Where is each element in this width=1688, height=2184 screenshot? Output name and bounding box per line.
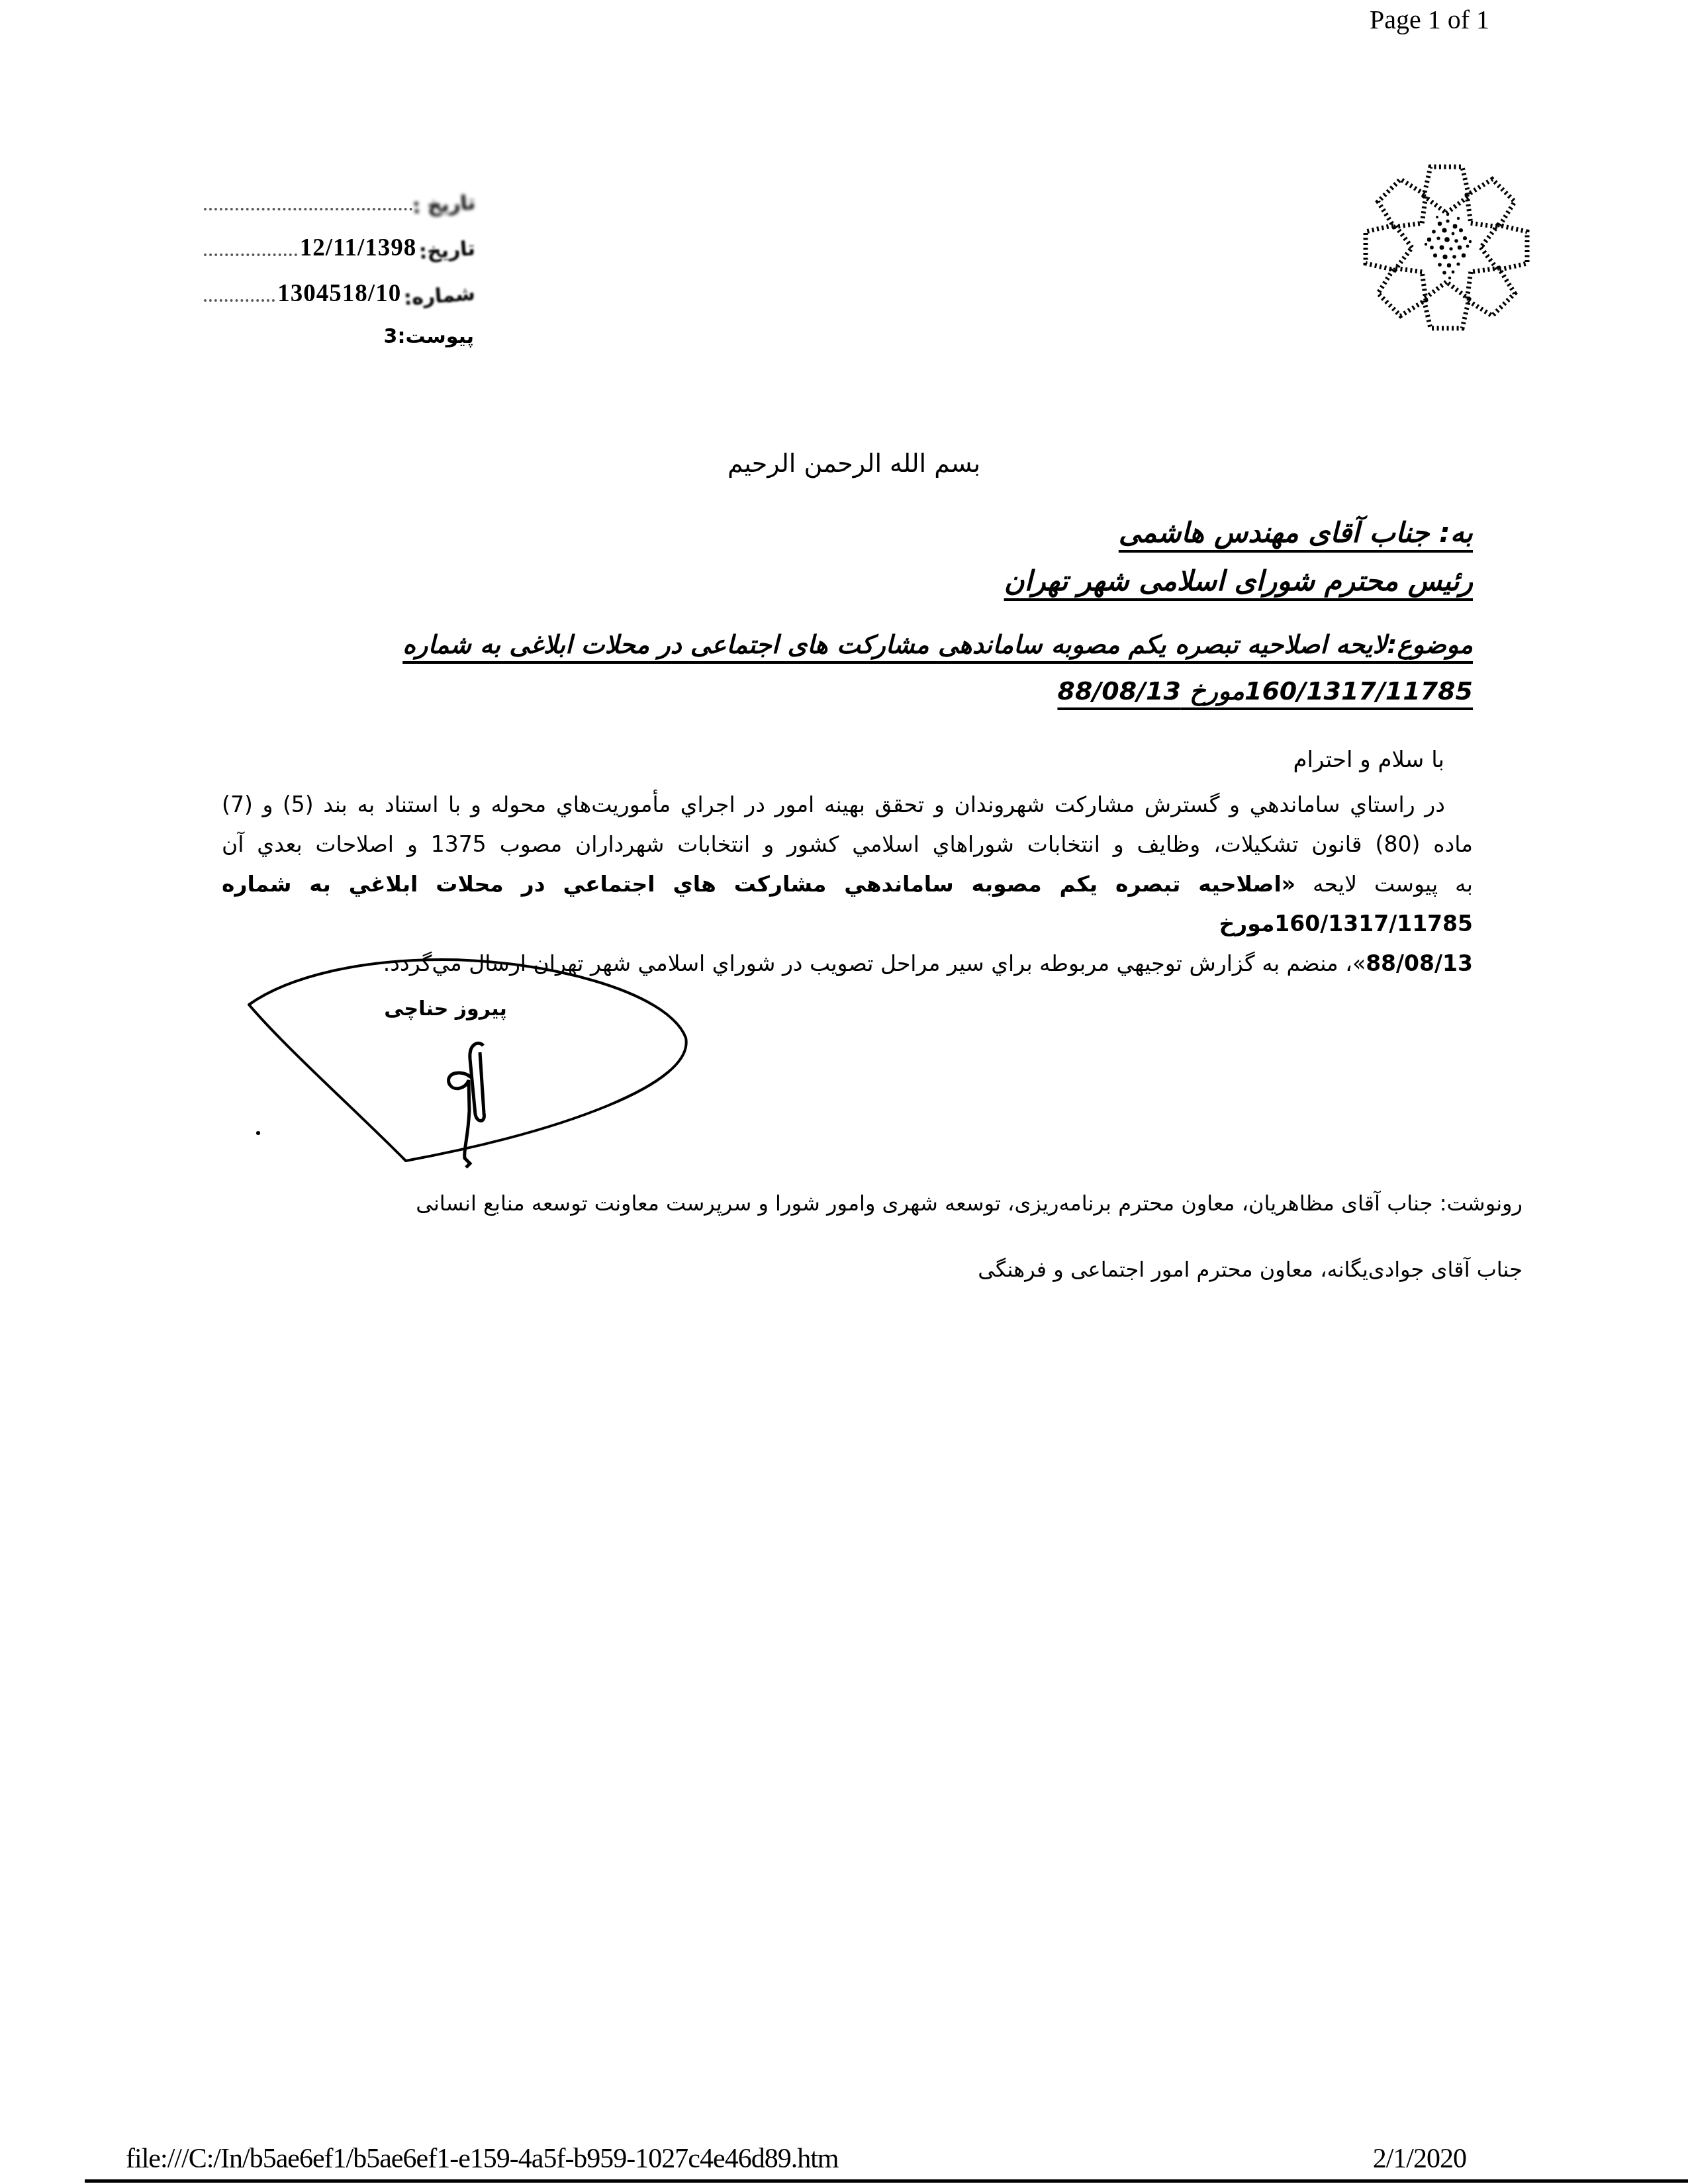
meta-row-date: تاریخ: 12/11/1398 [204, 234, 477, 262]
bismillah: بسم الله الرحمن الرحیم [675, 449, 1033, 478]
body-line-1: در راستاي ساماندهي و گسترش مشاركت شهروند… [222, 785, 1473, 825]
date-label: تاریخ: [418, 237, 477, 264]
salutation: با سلام و احترام [1293, 747, 1444, 773]
cc-line-2: جناب آقای جوادی‌یگانه، معاون محترم امور … [416, 1255, 1523, 1284]
meta-row-blank-date: تاریخ : [204, 193, 477, 216]
cc-block: رونوشت: جناب آقای مظاهریان، معاون محترم … [416, 1189, 1523, 1284]
letterhead-meta: تاریخ : تاریخ: 12/11/1398 شماره: 1304518… [204, 193, 477, 348]
addressee-title: رئیس محترم شورای اسلامی شهر تهران [1004, 565, 1473, 597]
addressee-name: به: جناب آقای مهندس هاشمی [1004, 516, 1473, 549]
signature-mark: پیروز حناچی [244, 952, 700, 1173]
print-footer: file:///C:/In/b5ae6ef1/b5ae6ef1-e159-4a5… [126, 2143, 1466, 2175]
cc-line-1: رونوشت: جناب آقای مظاهریان، معاون محترم … [416, 1189, 1523, 1218]
date-value: 12/11/1398 [297, 234, 420, 262]
body-line-3-normal: به پيوست لايحه [1295, 871, 1473, 897]
attachment-label: پیوست:3 [204, 325, 477, 348]
body-line-3-bold: «اصلاحيه تبصره يكم مصوبه ساماندهي مشاركت… [222, 871, 1473, 936]
emblem-center-calligraphy [1425, 213, 1472, 279]
subject-block: موضوع:لایحه اصلاحیه تبصره یکم مصوبه ساما… [218, 630, 1473, 723]
date-field-label: تاریخ : [412, 191, 477, 219]
body-line-3: به پيوست لايحه «اصلاحيه تبصره يكم مصوبه … [222, 864, 1473, 944]
number-value: 1304518/10 [275, 279, 404, 308]
subject-line-1: موضوع:لایحه اصلاحیه تبصره یکم مصوبه ساما… [218, 630, 1473, 659]
dotted-leader [204, 299, 275, 302]
scan-edge-line [85, 2179, 1688, 2183]
body-line-4-bold: 88/08/13 [1366, 950, 1473, 976]
scanned-letter-page: Page 1 of 1 تاریخ : تاریخ: 12/11/1398 شم… [0, 0, 1688, 2184]
dotted-leader [204, 253, 297, 256]
dotted-leader [204, 208, 412, 210]
meta-row-number: شماره: 1304518/10 [204, 279, 477, 308]
signatory-name: پیروز حناچی [384, 997, 507, 1021]
footer-date: 2/1/2020 [1373, 2143, 1466, 2175]
signature-stroke-descender [449, 1073, 471, 1167]
body-line-2: ماده (80) قانون تشكيلات، وظايف و انتخابا… [222, 825, 1473, 864]
signature-stroke-loop [470, 1043, 485, 1120]
addressee-block: به: جناب آقای مهندس هاشمی رئیس محترم شور… [1004, 516, 1473, 613]
subject-line-2: 160/1317/11785مورخ 88/08/13 [218, 676, 1473, 705]
number-label: شماره: [403, 282, 477, 310]
tehran-municipality-emblem-icon [1347, 158, 1546, 341]
footer-file-path: file:///C:/In/b5ae6ef1/b5ae6ef1-e159-4a5… [126, 2143, 838, 2175]
ink-dot [256, 1131, 260, 1135]
page-indicator: Page 1 of 1 [1370, 4, 1489, 35]
